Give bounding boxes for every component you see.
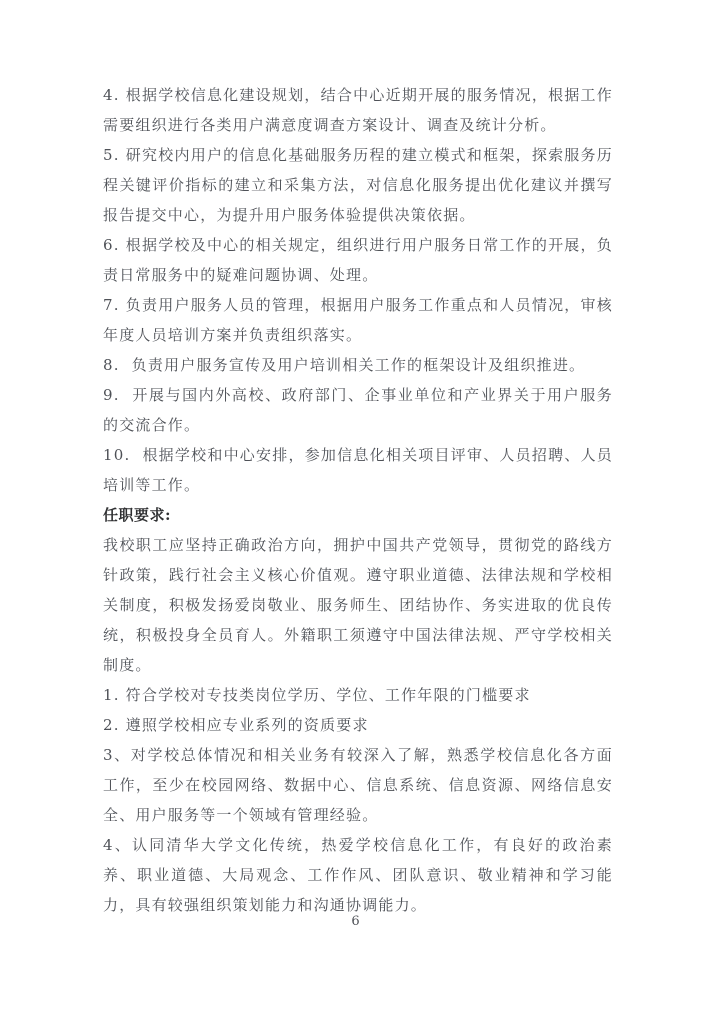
page-content: 4. 根据学校信息化建设规划，结合中心近期开展的服务情况，根据工作需要组织进行各…	[103, 80, 613, 920]
requirements-intro: 我校职工应坚持正确政治方向，拥护中国共产党领导，贯彻党的路线方针政策，践行社会主…	[103, 530, 613, 680]
document-page: 4. 根据学校信息化建设规划，结合中心近期开展的服务情况，根据工作需要组织进行各…	[0, 0, 711, 1009]
page-number: 6	[0, 914, 711, 929]
requirement-item-1: 1. 符合学校对专技类岗位学历、学位、工作年限的门槛要求	[103, 680, 613, 710]
duty-item-7: 7. 负责用户服务人员的管理，根据用户服务工作重点和人员情况，审核年度人员培训方…	[103, 290, 613, 350]
duty-item-6: 6. 根据学校及中心的相关规定，组织进行用户服务日常工作的开展，负责日常服务中的…	[103, 230, 613, 290]
duty-item-8: 8. 负责用户服务宣传及用户培训相关工作的框架设计及组织推进。	[103, 350, 613, 380]
requirements-heading: 任职要求:	[103, 500, 613, 530]
duty-item-4: 4. 根据学校信息化建设规划，结合中心近期开展的服务情况，根据工作需要组织进行各…	[103, 80, 613, 140]
requirement-item-3: 3、对学校总体情况和相关业务有较深入了解，熟悉学校信息化各方面工作，至少在校园网…	[103, 740, 613, 830]
requirement-item-4: 4、认同清华大学文化传统，热爱学校信息化工作，有良好的政治素养、职业道德、大局观…	[103, 830, 613, 920]
requirement-item-2: 2. 遵照学校相应专业系列的资质要求	[103, 710, 613, 740]
duty-item-5: 5. 研究校内用户的信息化基础服务历程的建立模式和框架，探索服务历程关键评价指标…	[103, 140, 613, 230]
duty-item-10: 10. 根据学校和中心安排，参加信息化相关项目评审、人员招聘、人员培训等工作。	[103, 440, 613, 500]
duty-item-9: 9. 开展与国内外高校、政府部门、企事业单位和产业界关于用户服务的交流合作。	[103, 380, 613, 440]
